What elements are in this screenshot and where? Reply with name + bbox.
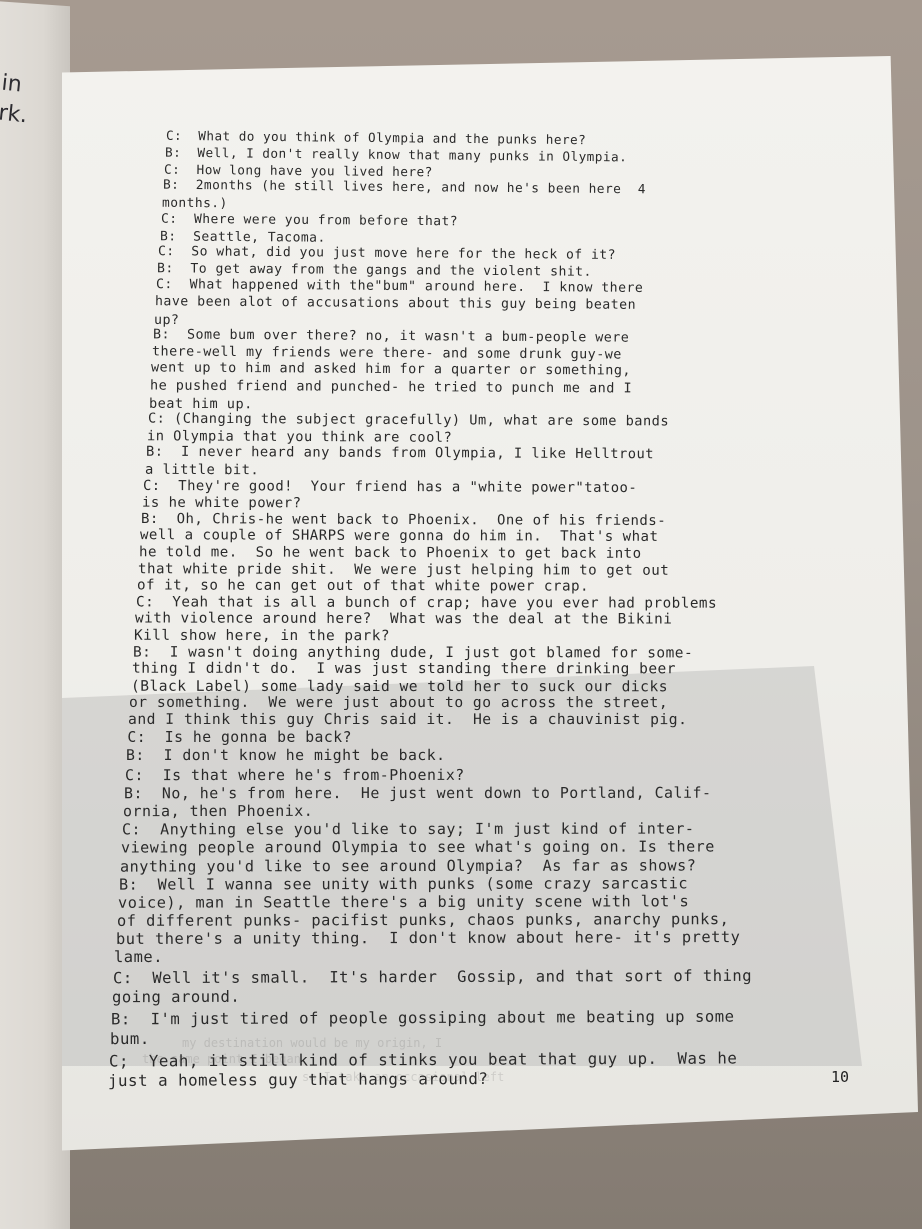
transcript-line: well a couple of SHARPS were gonna do hi… — [140, 527, 658, 545]
transcript-line: C: They're good! Your friend has a "whit… — [143, 478, 637, 496]
handwriting-line: rk. — [0, 98, 29, 131]
transcript-line: and I think this guy Chris said it. He i… — [128, 711, 687, 728]
transcript-line: B: No, he's from here. He just went down… — [124, 784, 711, 803]
transcript-line: B: 2months (he still lives here, and now… — [163, 177, 646, 197]
transcript-line: a little bit. — [144, 462, 258, 479]
transcript-line: went up to him and asked him for a quart… — [151, 361, 631, 379]
transcript-line: C: What happened with the"bum" around he… — [156, 277, 643, 296]
transcript-line: have been alot of accusations about this… — [155, 294, 636, 313]
transcript-line: C: (Changing the subject gracefully) Um,… — [148, 411, 669, 430]
transcript-line: ornia, then Phoenix. — [123, 802, 313, 820]
transcript-line: C: Yeah that is all a bunch of crap; hav… — [136, 594, 717, 611]
transcript-line: B: I don't know he might be back. — [126, 747, 446, 764]
transcript-line: C: Anything else you'd like to say; I'm … — [122, 820, 694, 839]
transcript-line: viewing people around Olympia to see wha… — [121, 838, 715, 857]
transcript-line: B: Some bum over there? no, it wasn't a … — [153, 328, 629, 346]
facing-page — [0, 0, 70, 1229]
transcript-line: B: Oh, Chris-he went back to Phoenix. On… — [141, 511, 666, 529]
transcript-line: C: How long have you lived here? — [164, 162, 433, 180]
transcript-line: C: Well it's small. It's harder Gossip, … — [113, 967, 752, 987]
transcript-line: voice), man in Seattle there's a big uni… — [118, 892, 689, 911]
transcript-line: in Olympia that you think are cool? — [147, 428, 452, 446]
transcript-line: C: Is he gonna be back? — [127, 729, 352, 746]
transcript-line: C: What do you think of Olympia and the … — [166, 128, 586, 147]
transcript-line: going around. — [112, 988, 240, 1007]
transcript-line: that white pride shit. We were just help… — [138, 561, 669, 579]
transcript-line: B: Well I wanna see unity with punks (so… — [119, 874, 688, 893]
transcript-line: B: I wasn't doing anything dude, I just … — [133, 644, 693, 661]
interview-transcript: C: What do you think of Olympia and the … — [62, 56, 918, 1156]
transcript-line: beat him up. — [149, 395, 253, 412]
transcript-line: there-well my friends were there- and so… — [152, 344, 622, 362]
transcript-line: lame. — [114, 948, 163, 966]
handwriting-line: in — [0, 69, 32, 102]
transcript-line: B: I never heard any bands from Olympia,… — [146, 444, 654, 463]
transcript-line: is he white power? — [142, 495, 302, 512]
transcript-line: of different punks- pacifist punks, chao… — [117, 910, 729, 930]
transcript-line: C; Yeah, it still kind of stinks you bea… — [109, 1048, 737, 1070]
transcript-line: (Black Label) some lady said we told her… — [131, 678, 668, 695]
transcript-line: B: Well, I don't really know that many p… — [165, 144, 627, 164]
transcript-line: he told me. So he went back to Phoenix t… — [139, 544, 642, 562]
page-number: 10 — [831, 1068, 849, 1086]
transcript-line: or something. We were just about to go a… — [129, 694, 668, 711]
transcript-line: with violence around here? What was the … — [135, 611, 672, 628]
transcript-line: but there's a unity thing. I don't know … — [115, 928, 739, 948]
transcript-line: of it, so he can get out of that white p… — [137, 578, 589, 595]
transcript-line: just a homeless guy that hangs around? — [108, 1069, 489, 1090]
transcript-line: bum. — [110, 1029, 150, 1048]
transcript-line: thing I didn't do. I was just standing t… — [132, 661, 676, 678]
transcript-line: C: Is that where he's from-Phoenix? — [125, 765, 465, 783]
zine-page: my destination would be my origin, I the… — [62, 56, 918, 1156]
transcript-line: months.) — [162, 196, 228, 212]
transcript-line: he pushed friend and punched- he tried t… — [150, 378, 632, 397]
transcript-line: B: Seattle, Tacoma. — [159, 229, 325, 245]
transcript-line: Kill show here, in the park? — [134, 628, 390, 644]
transcript-line: B: I'm just tired of people gossiping ab… — [111, 1007, 735, 1028]
transcript-line: anything you'd like to see around Olympi… — [120, 856, 696, 875]
transcript-line: C: So what, did you just move here for t… — [158, 244, 616, 263]
transcript-line: C: Where were you from before that? — [161, 212, 458, 230]
transcript-line: up? — [154, 313, 180, 328]
